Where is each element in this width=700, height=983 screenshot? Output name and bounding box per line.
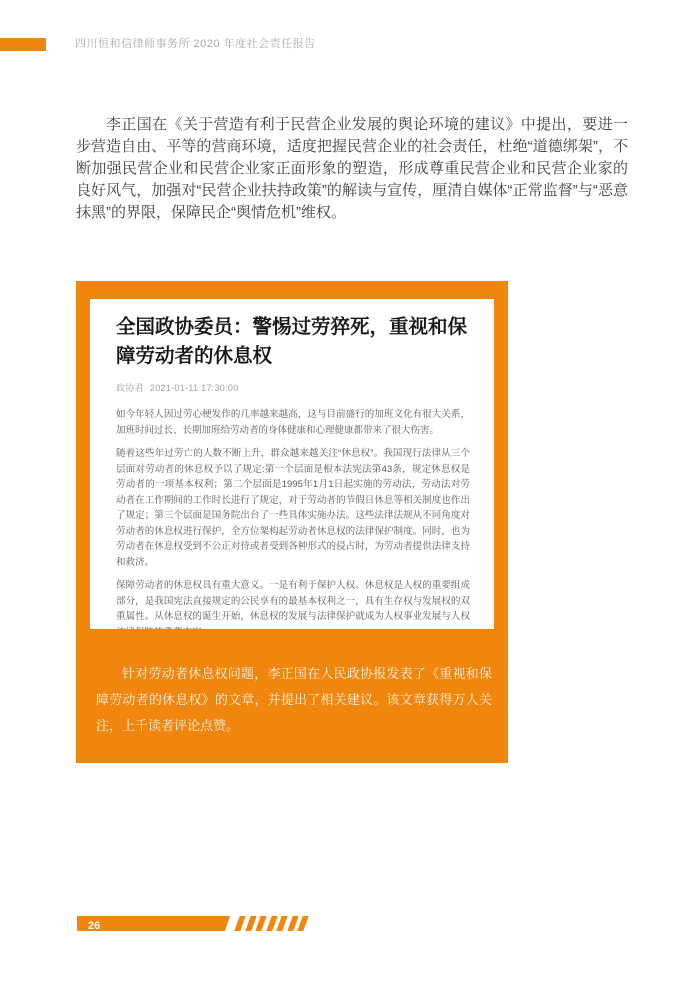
article-timestamp: 2021-01-11 17:30:00 [150,383,239,393]
article-paragraph: 如今年轻人因过劳心梗发作的几率越来越高，这与目前盛行的加班文化有很大关系，加班时… [116,407,470,438]
article-body: 如今年轻人因过劳心梗发作的几率越来越高，这与目前盛行的加班文化有很大关系，加班时… [116,407,470,629]
article-byline: 政协君2021-01-11 17:30:00 [116,381,470,394]
header-logo-mark [0,38,46,51]
page-number: 26 [77,919,100,934]
article-title: 全国政协委员：警惕过劳猝死，重视和保障劳动者的休息权 [116,313,470,371]
article-author: 政协君 [116,383,144,393]
footer-stripes [237,916,306,931]
stripe [255,916,266,931]
report-page: 四川恒和信律师事务所 2020 年度社会责任报告 李正国在《关于营造有利于民营企… [0,0,700,983]
stripe [266,916,277,931]
callout-text: 针对劳动者休息权问题，李正国在人民政协报发表了《重视和保障劳动者的休息权》的文章… [96,661,492,739]
stripe [245,916,256,931]
stripe [276,916,287,931]
page-number-bar: 26 [77,916,230,931]
stripe [234,916,245,931]
article-screenshot-panel: 全国政协委员：警惕过劳猝死，重视和保障劳动者的休息权 政协君2021-01-11… [90,299,494,629]
report-title: 四川恒和信律师事务所 2020 年度社会责任报告 [75,38,316,51]
stripe [287,916,298,931]
stripe [297,916,308,931]
article-paragraph: 保障劳动者的休息权具有重大意义。一是有利于保护人权。休息权是人权的重要组成部分，… [116,578,470,629]
feature-box: 全国政协委员：警惕过劳猝死，重视和保障劳动者的休息权 政协君2021-01-11… [76,281,508,763]
article-paragraph: 随着这些年过劳亡的人数不断上升，群众越来越关注“休息权”。我国现行法律从三个层面… [116,446,470,570]
intro-paragraph: 李正国在《关于营造有利于民营企业发展的舆论环境的建议》中提出，要进一步营造自由、… [76,114,628,224]
